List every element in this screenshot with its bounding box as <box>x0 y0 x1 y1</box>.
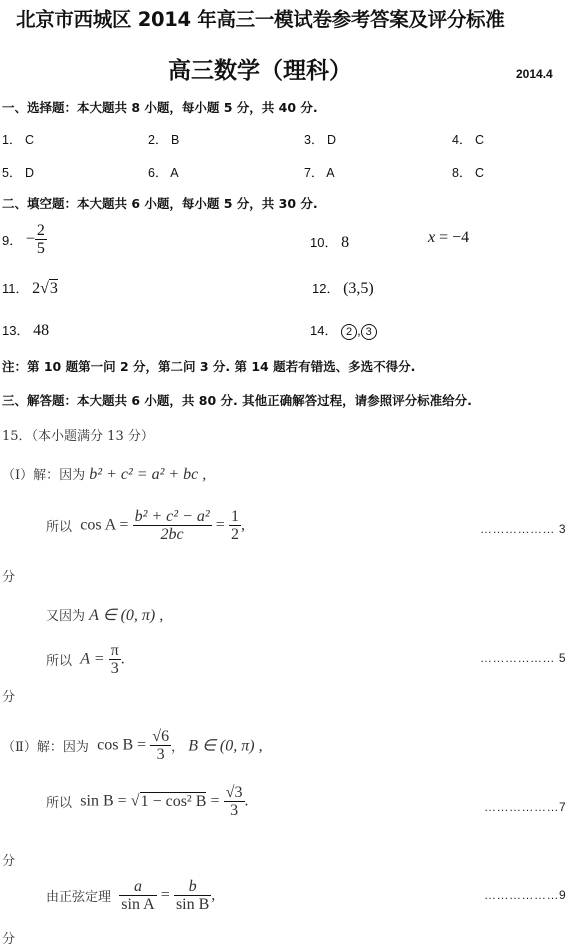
part1-line4: 所以 A = π3. <box>46 642 125 677</box>
score-unit: 分 <box>2 928 15 947</box>
part2-line1: （Ⅱ）解：因为 cos B = √63， B ∈ (0, π) , <box>2 728 263 763</box>
mc-answer: 2． B <box>148 130 179 148</box>
q15-title: 15．（本小题满分 13 分） <box>2 425 154 444</box>
score-marker-7: ………………7 <box>484 800 566 814</box>
fill-answer-13: 13． 48 <box>2 320 49 340</box>
fill-answer-14: 14． 2,3 <box>310 320 377 340</box>
fill-answer-10-part2: x = −4 <box>428 229 469 247</box>
section3-heading: 三、解答题：本大题共 6 小题，共 80 分. 其他正确解答过程，请参照评分标准… <box>2 391 472 409</box>
part1-line2: 所以 cos A = b² + c² − a²2bc = 12, <box>46 508 245 543</box>
section1-heading: 一、选择题：本大题共 8 小题，每小题 5 分，共 40 分. <box>2 98 318 116</box>
score-unit: 分 <box>2 686 15 705</box>
fill-answer-10: 10． 8 <box>310 232 349 252</box>
document-date: 2014.4 <box>516 67 553 81</box>
document-title: 北京市西城区 2014 年高三一模试卷参考答案及评分标准 <box>16 4 504 32</box>
fill-answer-9: 9． −25 <box>2 222 47 257</box>
fill-answer-11: 11． 2√3 <box>2 278 58 298</box>
document-subtitle: 高三数学（理科） <box>168 52 352 85</box>
mc-answer: 7． A <box>304 163 335 181</box>
score-unit: 分 <box>2 566 15 585</box>
mc-answer: 4． C <box>452 130 484 148</box>
part2-line3: 由正弦定理 asin A = bsin B, <box>46 878 215 913</box>
mc-answer: 8． C <box>452 163 484 181</box>
score-unit: 分 <box>2 850 15 869</box>
part1-line3: 又因为 A ∈ (0, π) , <box>46 605 163 625</box>
mc-answer: 1． C <box>2 130 34 148</box>
part2-line2: 所以 sin B = √1 − cos² B = √33. <box>46 784 249 819</box>
score-marker-9: ………………9 <box>484 888 566 902</box>
mc-answer: 6． A <box>148 163 179 181</box>
note: 注：第 10 题第一问 2 分，第二问 3 分. 第 14 题若有错选、多选不得… <box>2 357 415 375</box>
score-marker-5: ……………… 5 <box>480 651 566 665</box>
mc-answer: 5． D <box>2 163 34 181</box>
mc-answer: 3． D <box>304 130 336 148</box>
section2-heading: 二、填空题：本大题共 6 小题，每小题 5 分，共 30 分. <box>2 194 318 212</box>
part1-line1: （Ⅰ）解：因为 b² + c² = a² + bc , <box>2 464 206 484</box>
score-marker-3: ……………… 3 <box>480 522 566 536</box>
fill-answer-12: 12． (3,5) <box>312 278 374 298</box>
